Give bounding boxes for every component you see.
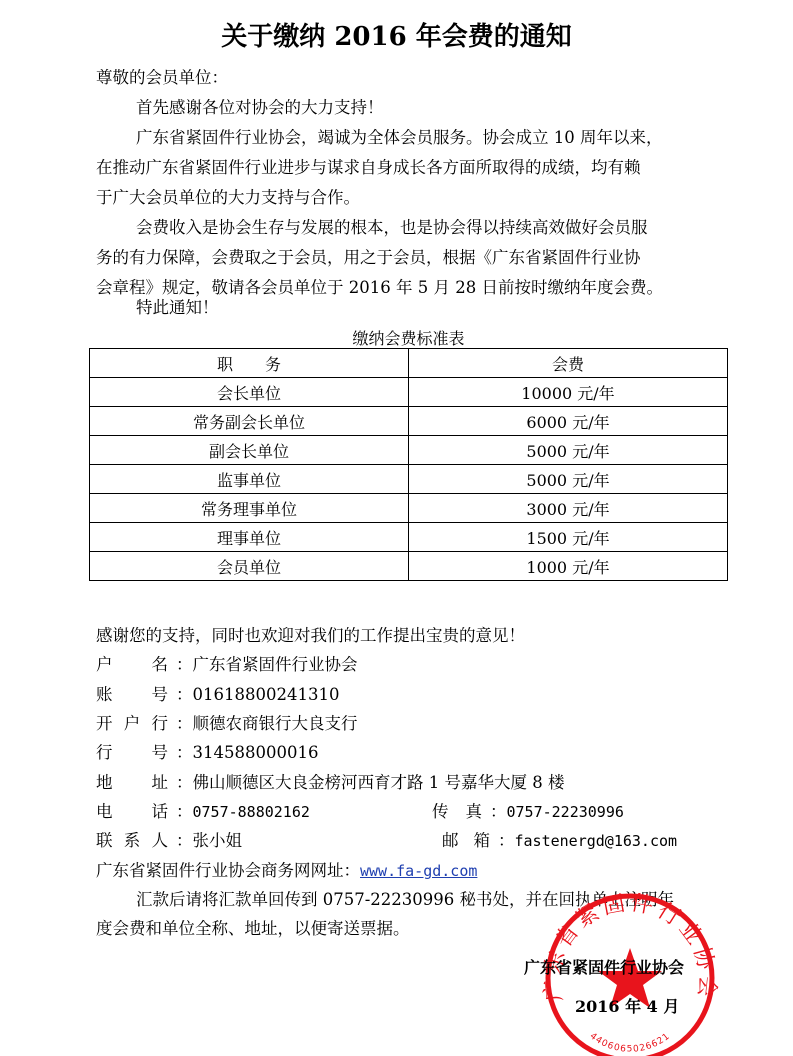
cell-position: 理事单位 (90, 523, 409, 552)
cell-position: 副会长单位 (90, 436, 409, 465)
bank-label: 开户行 (96, 714, 168, 734)
account-name-label: 户名 (96, 655, 168, 675)
paragraph-2-line-1: 广东省紧固件行业协会，竭诚为全体会员服务。协会成立 10 周年以来， (96, 128, 663, 148)
cell-position: 会长单位 (90, 378, 409, 407)
cell-fee: 1000 元/年 (409, 552, 728, 581)
paragraph-3-line-1: 会费收入是协会生存与发展的根本，也是协会得以持续高效做好会员服 (96, 218, 648, 238)
email-value: fastenergd@163.com (515, 832, 678, 850)
website-label: 广东省紧固件行业协会商务网网址： (96, 861, 360, 880)
table-row: 常务副会长单位 6000 元/年 (90, 407, 728, 436)
bank-no-row: 行号：314588000016 (96, 743, 318, 763)
phone-row: 电话：0757-88802162 (96, 802, 310, 822)
contact-person-label: 联系人 (96, 831, 168, 851)
table-row: 会长单位 10000 元/年 (90, 378, 728, 407)
svg-text:4406065026621: 4406065026621 (588, 1031, 673, 1054)
address-row: 地址：佛山顺德区大良金榜河西育才路 1 号嘉华大厦 8 楼 (96, 773, 564, 793)
account-name-row: 户名：广东省紧固件行业协会 (96, 655, 358, 675)
paragraph-4-line-1: 特此通知！ (96, 298, 219, 318)
email-row: 邮箱：fastenergd@163.com (442, 831, 677, 851)
cell-fee: 5000 元/年 (409, 436, 728, 465)
phone-value: 0757-88802162 (193, 803, 310, 821)
contact-person-value: 张小姐 (193, 831, 243, 850)
table-row: 监事单位 5000 元/年 (90, 465, 728, 494)
cell-fee: 10000 元/年 (409, 378, 728, 407)
paragraph-1-line-1: 首先感谢各位对协会的大力支持！ (96, 98, 384, 118)
address-value: 佛山顺德区大良金榜河西育才路 1 号嘉华大厦 8 楼 (193, 773, 565, 792)
paragraph-3-line-3: 会章程》规定，敬请各会员单位于 2016 年 5 月 28 日前按时缴纳年度会费… (96, 278, 663, 298)
account-no-row: 账号：01618800241310 (96, 685, 339, 705)
cell-fee: 3000 元/年 (409, 494, 728, 523)
fee-table-caption: 缴纳会费标准表 (90, 326, 727, 349)
signature-date: 2016 年 4 月 (575, 994, 679, 1017)
cell-position: 监事单位 (90, 465, 409, 494)
signature-org: 广东省紧固件行业协会 (524, 955, 684, 978)
website-link[interactable]: www.fa-gd.com (360, 862, 477, 880)
salutation: 尊敬的会员单位： (96, 68, 228, 88)
table-row: 理事单位 1500 元/年 (90, 523, 728, 552)
paragraph-3-line-2: 务的有力保障，会费取之于会员，用之于会员，根据《广东省紧固件行业协 (96, 248, 641, 268)
paragraph-2-line-3: 于广大会员单位的大力支持与合作。 (96, 188, 360, 208)
fax-row: 传真：0757-22230996 (432, 802, 624, 822)
bank-no-label: 行号 (96, 743, 168, 763)
table-header-row: 职 务 会费 (90, 349, 728, 378)
page-title: 关于缴纳 2016 年会费的通知 (0, 16, 793, 53)
bank-value: 顺德农商银行大良支行 (193, 714, 358, 733)
cell-position: 会员单位 (90, 552, 409, 581)
cell-fee: 1500 元/年 (409, 523, 728, 552)
fax-label: 传真 (432, 802, 482, 822)
cell-fee: 5000 元/年 (409, 465, 728, 494)
account-no-label: 账号 (96, 685, 168, 705)
fee-table: 职 务 会费 会长单位 10000 元/年 常务副会长单位 6000 元/年 副… (89, 348, 728, 581)
cell-fee: 6000 元/年 (409, 407, 728, 436)
phone-label: 电话 (96, 802, 168, 822)
thanks-text: 感谢您的支持，同时也欢迎对我们的工作提出宝贵的意见！ (96, 626, 525, 646)
remittance-line-1: 汇款后请将汇款单回传到 0757-22230996 秘书处，并在回执单上注明年 (96, 890, 674, 910)
website-row: 广东省紧固件行业协会商务网网址：www.fa-gd.com (96, 861, 477, 881)
header-position: 职 务 (90, 349, 409, 378)
contact-person-row: 联系人：张小姐 (96, 831, 242, 851)
cell-position: 常务理事单位 (90, 494, 409, 523)
account-no-value: 01618800241310 (193, 685, 340, 704)
address-label: 地址 (96, 773, 168, 793)
cell-position: 常务副会长单位 (90, 407, 409, 436)
header-fee: 会费 (409, 349, 728, 378)
table-row: 副会长单位 5000 元/年 (90, 436, 728, 465)
email-label: 邮箱 (442, 831, 490, 851)
paragraph-2-line-2: 在推动广东省紧固件行业进步与谋求自身成长各方面所取得的成绩，均有赖 (96, 158, 641, 178)
account-name-value: 广东省紧固件行业协会 (193, 655, 358, 674)
table-row: 会员单位 1000 元/年 (90, 552, 728, 581)
seal-code: 4406065026621 (588, 1031, 673, 1054)
remittance-line-2: 度会费和单位全称、地址，以便寄送票据。 (96, 919, 410, 939)
table-row: 常务理事单位 3000 元/年 (90, 494, 728, 523)
bank-row: 开户行：顺德农商银行大良支行 (96, 714, 358, 734)
fax-value: 0757-22230996 (507, 803, 624, 821)
bank-no-value: 314588000016 (193, 743, 319, 762)
